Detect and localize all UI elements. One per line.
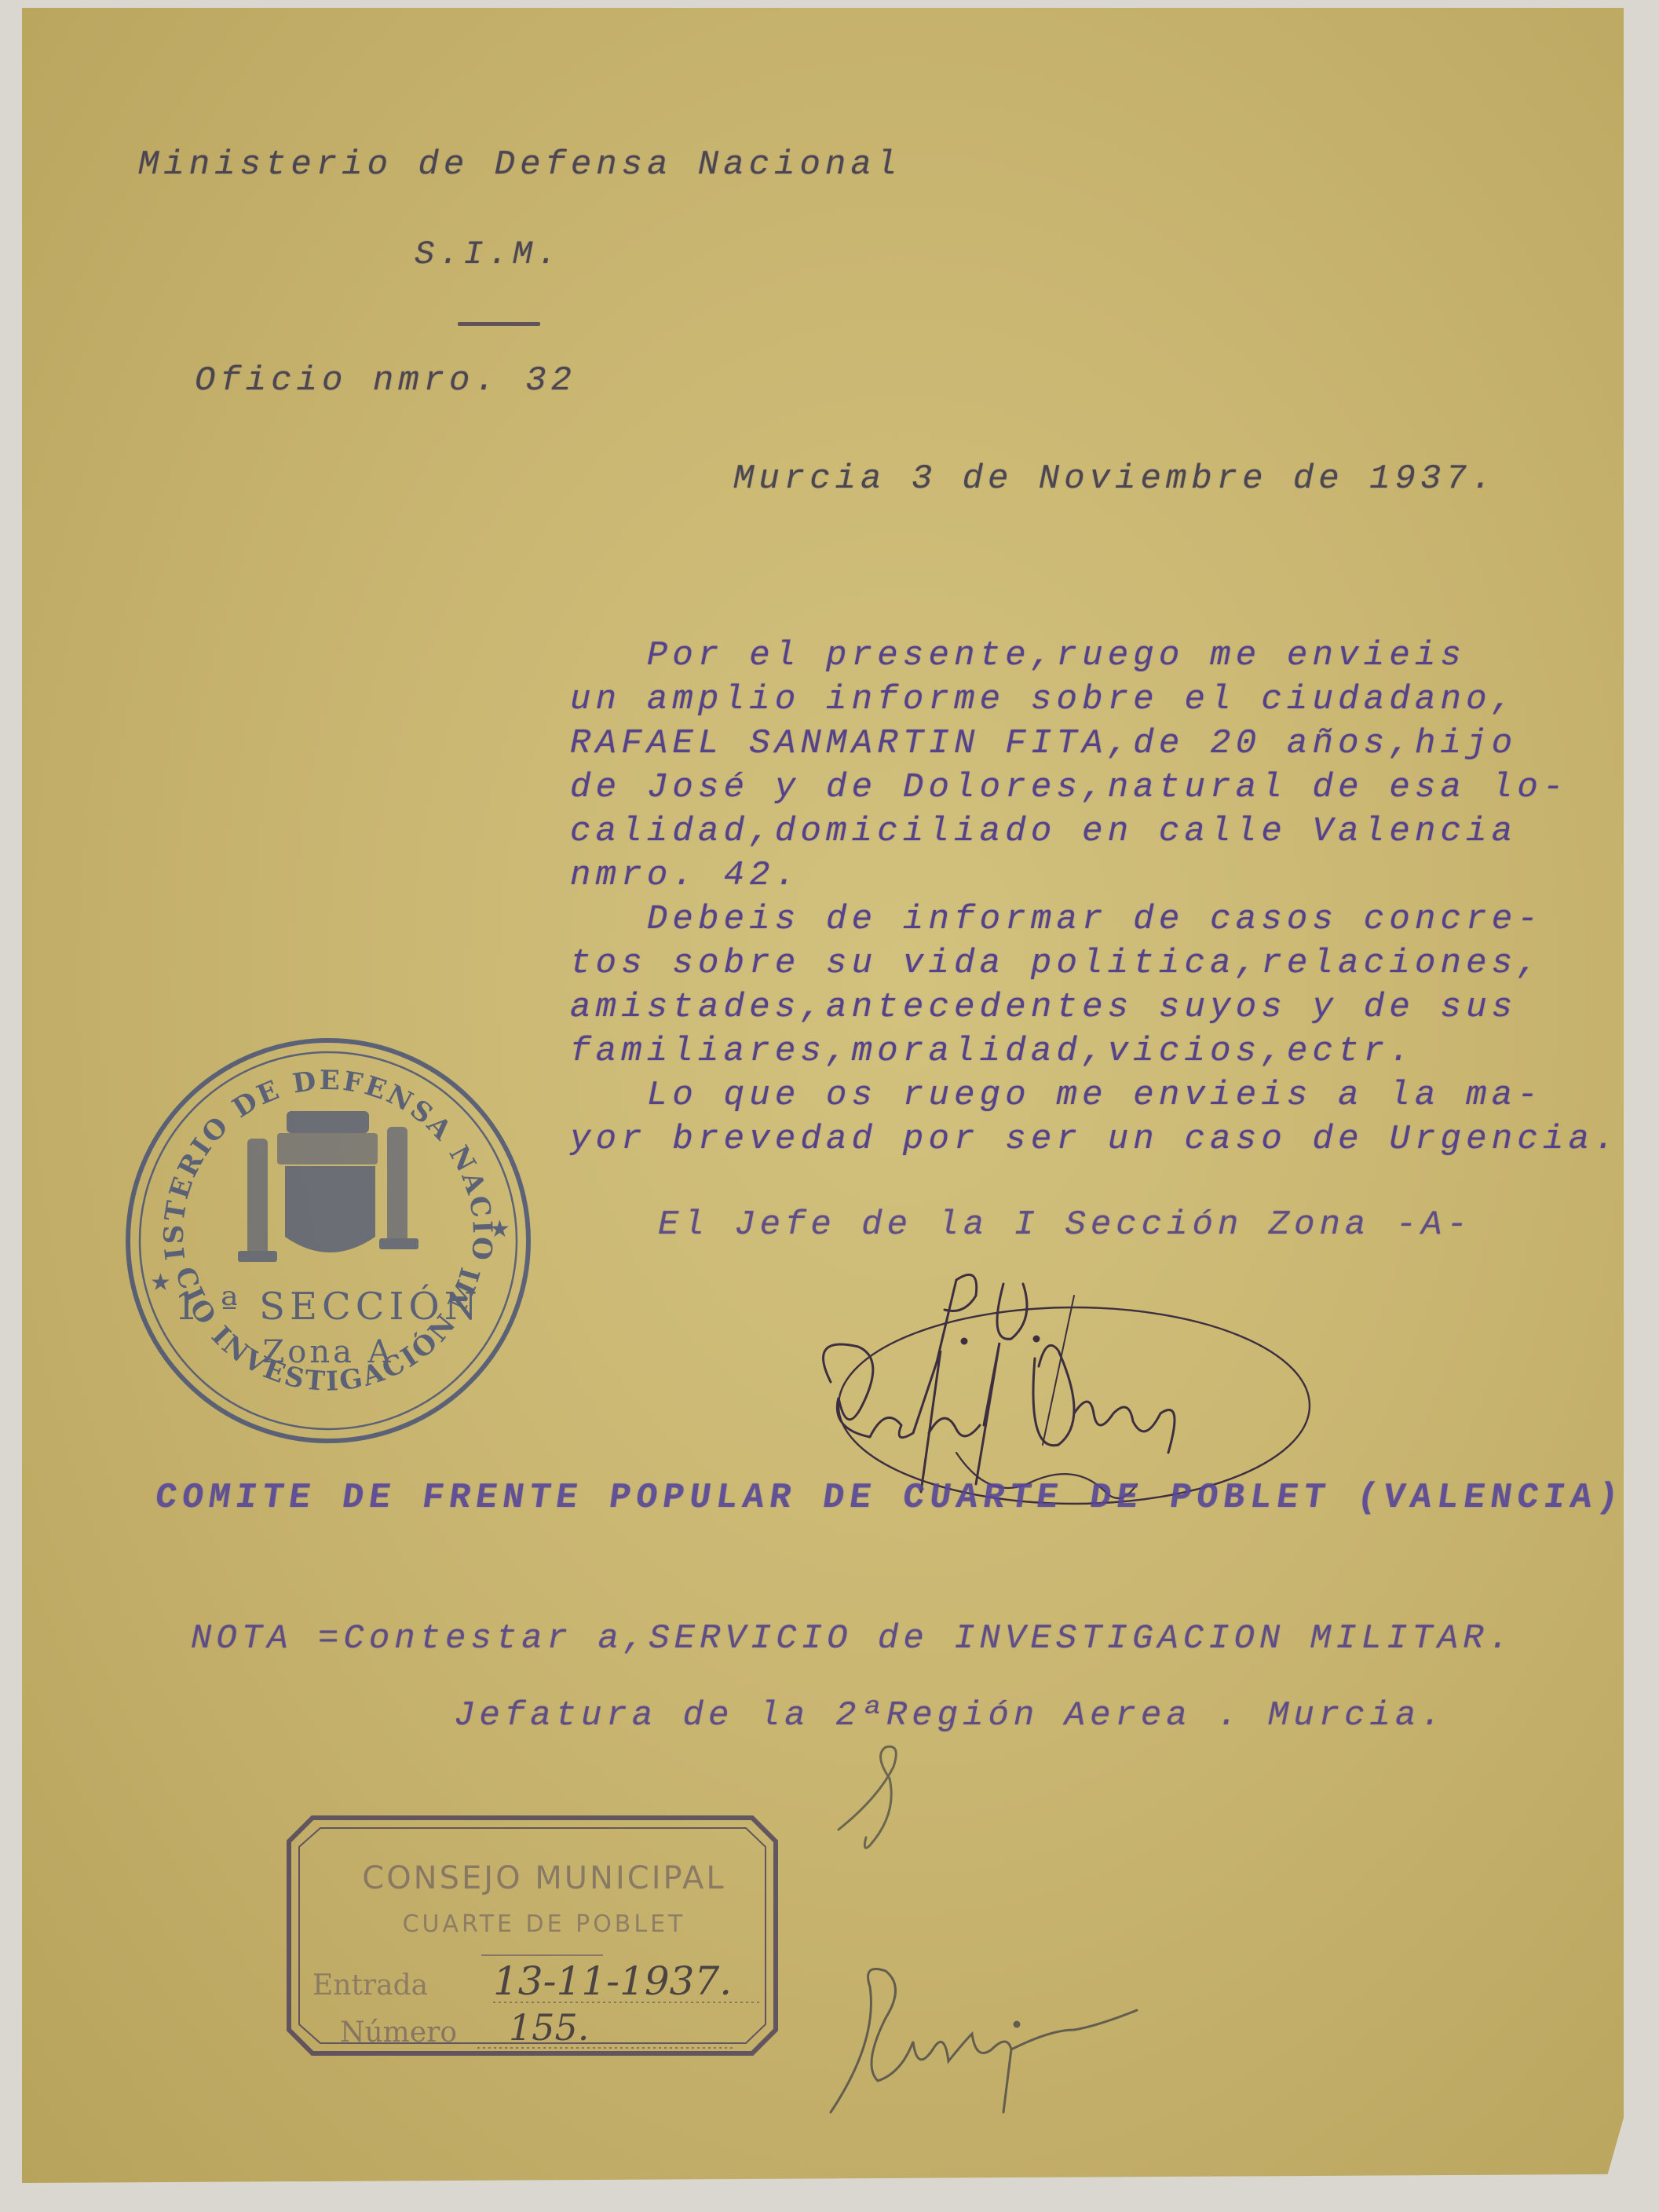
entry-label: Entrada [312, 1969, 428, 2002]
body-line: yor brevedad por ser un caso de Urgencia… [570, 1120, 1620, 1164]
pencil-mark-lower [815, 1955, 1153, 2132]
number-label: Número [340, 2016, 457, 2049]
body-line: Lo que os ruego me envieis a la ma- [570, 1076, 1620, 1120]
body-line: RAFAEL SANMARTIN FITA,de 20 años,hijo [570, 724, 1620, 768]
place-date: Murcia 3 de Noviembre de 1937. [733, 459, 1496, 499]
body-line: nmro. 42. [570, 856, 1620, 900]
ministry-heading: Ministerio de Defensa Nacional [138, 145, 901, 185]
body-line: un amplio informe sobre el ciudadano, [570, 680, 1620, 724]
header-rule [458, 322, 540, 326]
reply-note-address: Jefatura de la 2ªRegión Aerea . Murcia. [454, 1696, 1446, 1735]
star-icon: ★ [150, 1269, 171, 1296]
body-line: calidad,domiciliado en calle Valencia [570, 812, 1620, 856]
body-line: tos sobre su vida politica,relaciones, [570, 944, 1620, 988]
body-line: de José y de Dolores,natural de esa lo- [570, 768, 1620, 812]
reply-note: NOTA =Contestar a,SERVICIO de INVESTIGAC… [191, 1619, 1514, 1658]
office-number: Oficio nmro. 32 [195, 361, 576, 400]
entry-date: 13-11-1937. [493, 1958, 732, 2004]
body-line: Debeis de informar de casos concre- [570, 900, 1620, 944]
body-line: familiares,moralidad,vicios,ectr. [570, 1032, 1620, 1076]
signatory-title: El Jefe de la I Sección Zona -A- [658, 1205, 1472, 1245]
coat-of-arms-icon [238, 1111, 418, 1262]
star-icon: ★ [489, 1216, 510, 1243]
handwritten-signature [776, 1249, 1372, 1508]
body-line: amistades,antecedentes suyos y de sus [570, 988, 1620, 1032]
muni-stamp-town: CUARTE DE POBLET [403, 1910, 686, 1938]
document-paper: Ministerio de Defensa Nacional S.I.M. Of… [22, 8, 1624, 2183]
pencil-mark-upper [823, 1735, 909, 1857]
entry-number: 155. [509, 2006, 589, 2049]
seal-section: 1.ª SECCIÓN [174, 1283, 482, 1329]
official-seal: MINISTERIO DE DEFENSA NACIONAL SERVICIO … [120, 1033, 536, 1449]
letter-body: Por el presente,ruego me envieis un ampl… [570, 636, 1620, 1164]
service-abbreviation: S.I.M. [415, 236, 561, 273]
municipal-entry-stamp: CONSEJO MUNICIPAL CUARTE DE POBLET Entra… [281, 1806, 799, 2065]
seal-zone: Zona A [262, 1334, 393, 1370]
addressee-line: COMITE DE FRENTE POPULAR DE CUARTE DE PO… [152, 1478, 1653, 1518]
body-line: Por el presente,ruego me envieis [570, 636, 1620, 680]
muni-stamp-title: CONSEJO MUNICIPAL [362, 1860, 725, 1896]
